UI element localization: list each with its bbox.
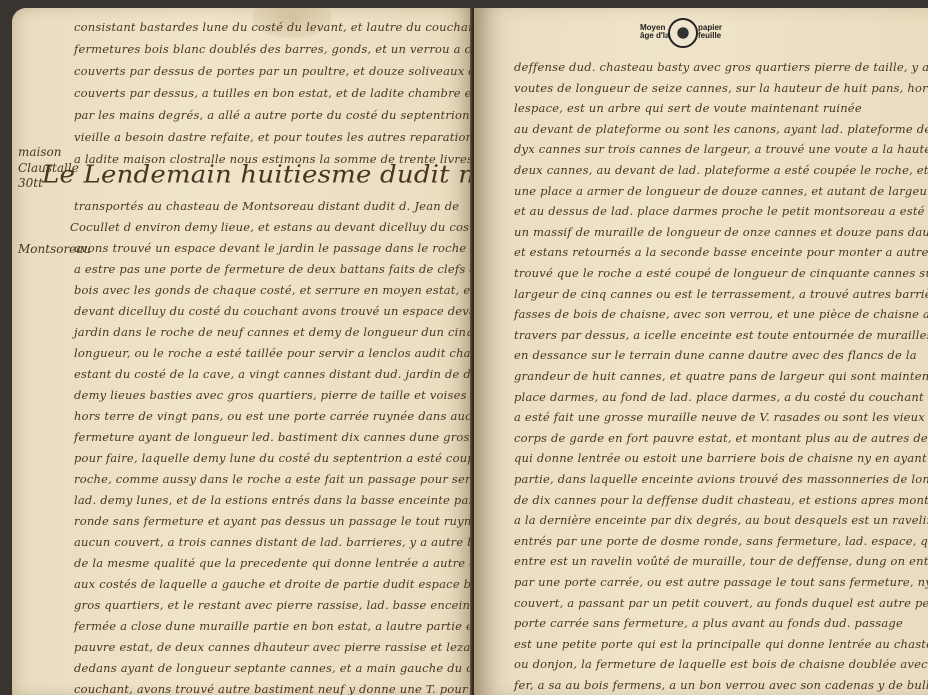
manuscript-line: dedans ayant de longueur septante cannes… — [74, 661, 472, 674]
manuscript-line: roche, comme aussy dans le roche a este … — [74, 472, 472, 485]
manuscript-line: dyx cannes sur trois cannes de largeur, … — [514, 143, 928, 156]
manuscript-line: par une porte carrée, ou est autre passa… — [514, 575, 928, 588]
manuscript-line: couvert, a passant par un petit couvert,… — [514, 596, 928, 609]
margin-note: Claustalle — [18, 161, 79, 175]
manuscript-line: transportés au chasteau de Montsoreau di… — [74, 199, 459, 212]
manuscript-line: Cocullet d environ demy lieue, et estans… — [70, 220, 472, 233]
manuscript-line: fer, a sa au bois fermens, a un bon verr… — [514, 678, 928, 691]
manuscript-line: demy lieues basties avec gros quartiers,… — [74, 388, 472, 401]
stamp-left-text: Moyen âge d'la — [640, 24, 669, 40]
manuscript-line: vieille a besoin dastre refaite, et pour… — [74, 130, 472, 143]
stamp-right-text: papier feuille — [698, 24, 722, 40]
open-manuscript: consistant bastardes lune du costé du le… — [12, 8, 928, 695]
manuscript-line: a la dernière enceinte par dix degrés, a… — [514, 514, 928, 527]
manuscript-line: de la mesme qualité que la precedente qu… — [74, 556, 472, 569]
manuscript-line: largeur de cinq cannes ou est le terrass… — [514, 287, 928, 300]
manuscript-line: un massif de muraille de longueur de onz… — [514, 225, 928, 238]
manuscript-line: et estans retournés a la seconde basse e… — [514, 246, 928, 259]
manuscript-line: de dix cannes pour la deffense dudit cha… — [514, 493, 928, 506]
manuscript-line: couverts par dessus, a tuilles en bon es… — [74, 86, 472, 99]
manuscript-line: avons trouvé un espace devant le jardin … — [74, 241, 466, 254]
manuscript-line: estant du costé de la cave, a vingt cann… — [74, 367, 472, 380]
manuscript-line: fermeture ayant de longueur led. bastime… — [74, 430, 472, 443]
manuscript-line: corps de garde en fort pauvre estat, et … — [514, 431, 928, 444]
manuscript-line: qui donne lentrée ou estoit une barriere… — [514, 452, 928, 465]
manuscript-line: pour faire, laquelle demy lune du costé … — [74, 451, 472, 464]
manuscript-line: aucun couvert, a trois cannes distant de… — [74, 535, 472, 548]
manuscript-line: pauvre estat, de deux cannes dhauteur av… — [74, 640, 472, 653]
manuscript-line: bois avec les gonds de chaque costé, et … — [74, 283, 472, 296]
manuscript-line: entre est un ravelin voûté de muraille, … — [514, 555, 928, 568]
manuscript-line: deffense dud. chasteau basty avec gros q… — [514, 60, 928, 73]
manuscript-line: aux costés de laquelle a gauche et droit… — [74, 577, 472, 590]
manuscript-line: devant dicelluy du costé du couchant avo… — [74, 304, 472, 317]
manuscript-line: entrés par une porte de dosme ronde, san… — [514, 534, 928, 547]
manuscript-line: au devant de plateforme ou sont les cano… — [514, 122, 928, 135]
fleur-de-lis-seal-icon — [668, 18, 698, 48]
manuscript-line: place darmes, au fond de lad. place darm… — [514, 390, 924, 403]
manuscript-line: et au dessus de lad. place darmes proche… — [514, 205, 928, 218]
manuscript-line: ronde sans fermeture et ayant pas dessus… — [74, 514, 472, 527]
manuscript-line: ou donjon, la fermeture de laquelle est … — [514, 658, 928, 671]
manuscript-line: voutes de longueur de seize cannes, sur … — [514, 81, 928, 94]
manuscript-line: lad. demy lunes, et de la estions entrés… — [74, 493, 472, 506]
manuscript-line: longueur, ou le roche a esté taillée pou… — [74, 346, 472, 359]
manuscript-line: a estre pas une porte de fermeture de de… — [74, 262, 472, 275]
manuscript-line: couchant, avons trouvé autre bastiment n… — [74, 682, 472, 695]
manuscript-line: partie, dans laquelle enceinte avions tr… — [514, 472, 928, 485]
right-page: deffense dud. chasteau basty avec gros q… — [474, 8, 928, 695]
manuscript-line: fasses de bois de chaisne, avec son verr… — [514, 308, 928, 321]
library-stamp: Moyen âge d'la papier feuille — [640, 18, 720, 54]
manuscript-line: fermetures bois blanc doublés des barres… — [74, 42, 472, 55]
manuscript-line: grandeur de huit cannes, et quatre pans … — [514, 369, 928, 382]
manuscript-line: par les mains degrés, a allé a autre por… — [74, 108, 472, 121]
manuscript-line: lespace, est un arbre qui sert de voute … — [514, 102, 862, 115]
manuscript-line: consistant bastardes lune du costé du le… — [74, 20, 472, 33]
manuscript-line: jardin dans le roche de neuf cannes et d… — [74, 325, 472, 338]
manuscript-line: gros quartiers, et le restant avec pierr… — [74, 598, 472, 611]
margin-note: Montsoreau — [18, 242, 91, 256]
manuscript-line: Le Lendemain huitiesme dudit mois de Mar… — [42, 161, 472, 190]
manuscript-line: travers par dessus, a icelle enceinte es… — [514, 328, 928, 341]
manuscript-line: une place a armer de longueur de douze c… — [514, 184, 928, 197]
manuscript-line: a esté fait une grosse muraille neuve de… — [514, 411, 925, 424]
manuscript-line: en dessance sur le terrain dune canne da… — [514, 349, 917, 362]
manuscript-line: fermée a close dune muraille partie en b… — [74, 619, 472, 632]
margin-note: maison — [18, 145, 61, 159]
manuscript-line: porte carrée sans fermeture, a plus avan… — [514, 617, 903, 630]
manuscript-line: couverts par dessus de portes par un pou… — [74, 64, 472, 77]
manuscript-line: hors terre de vingt pans, ou est une por… — [74, 409, 472, 422]
left-page: consistant bastardes lune du costé du le… — [12, 8, 472, 695]
manuscript-line: deux cannes, au devant de lad. plateform… — [514, 163, 928, 176]
margin-note: 30tt — [18, 176, 43, 190]
manuscript-line: trouvé que le roche a esté coupé de long… — [514, 266, 928, 279]
manuscript-line: est une petite porte qui est la principa… — [514, 637, 928, 650]
